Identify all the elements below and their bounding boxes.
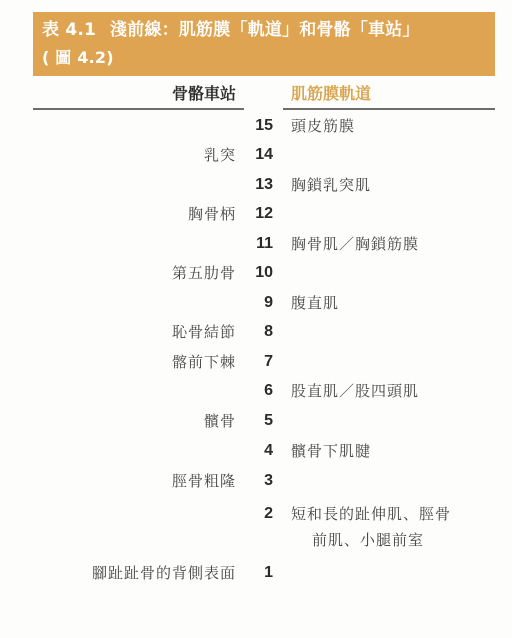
row-number: 7 [264, 350, 273, 374]
header-divider-left [33, 108, 244, 110]
table-row: 胸骨柄 12 [0, 202, 512, 226]
header-divider-right [283, 108, 495, 110]
column-header-myofascial-tracks: 肌筋膜軌道 [291, 84, 371, 104]
table-row: 6 股直肌／股四頭肌 [0, 379, 512, 403]
table-row: 髕骨 5 [0, 409, 512, 433]
table-row: 15 頭皮筋膜 [0, 114, 512, 138]
row-number: 5 [264, 409, 273, 433]
myofascial-track: 短和長的趾伸肌、脛骨 前肌、小腿前室 [291, 502, 451, 554]
row-number: 10 [255, 261, 273, 285]
row-number: 1 [264, 561, 273, 585]
table-title-band: 表 4.1淺前線：肌筋膜「軌道」和骨骼「車站」 ( 圖 4.2) [33, 12, 495, 76]
table-row: 腳趾趾骨的背側表面 1 [0, 561, 512, 585]
bone-station: 髕骨 [204, 409, 236, 433]
table-row: 乳突 14 [0, 143, 512, 167]
row-number: 8 [264, 320, 273, 344]
myofascial-track: 腹直肌 [291, 291, 339, 315]
table-row: 9 腹直肌 [0, 291, 512, 315]
row-number: 6 [264, 379, 273, 403]
myofascial-track: 胸鎖乳突肌 [291, 173, 371, 197]
table-title: 表 4.1淺前線：肌筋膜「軌道」和骨骼「車站」 [42, 17, 489, 44]
column-header-bone-stations: 骨骼車站 [172, 84, 236, 104]
row-number: 15 [255, 114, 273, 138]
myofascial-track-line-1: 短和長的趾伸肌、脛骨 [291, 505, 451, 523]
bone-station: 第五肋骨 [172, 261, 236, 285]
myofascial-track: 髕骨下肌腱 [291, 439, 371, 463]
table-row: 4 髕骨下肌腱 [0, 439, 512, 463]
table-title-text: 淺前線：肌筋膜「軌道」和骨骼「車站」 [110, 20, 420, 40]
table-row: 11 胸骨肌／胸鎖筋膜 [0, 232, 512, 256]
bone-station: 髂前下棘 [172, 350, 236, 374]
table-row: 第五肋骨 10 [0, 261, 512, 285]
bone-station: 脛骨粗隆 [172, 469, 236, 493]
row-number: 11 [256, 232, 273, 256]
bone-station: 恥骨結節 [172, 320, 236, 344]
row-number: 14 [255, 143, 273, 167]
table-row: 髂前下棘 7 [0, 350, 512, 374]
table-row: 恥骨結節 8 [0, 320, 512, 344]
row-number: 9 [264, 291, 273, 315]
row-number: 4 [264, 439, 273, 463]
myofascial-track: 胸骨肌／胸鎖筋膜 [291, 232, 419, 256]
myofascial-track: 頭皮筋膜 [291, 114, 355, 138]
bone-station: 乳突 [204, 143, 236, 167]
table-row: 2 短和長的趾伸肌、脛骨 前肌、小腿前室 [0, 502, 512, 526]
row-number: 3 [264, 469, 273, 493]
myofascial-track: 股直肌／股四頭肌 [291, 379, 419, 403]
table-row: 13 胸鎖乳突肌 [0, 173, 512, 197]
table-number: 表 4.1 [42, 20, 96, 40]
table-row: 脛骨粗隆 3 [0, 469, 512, 493]
bone-station: 腳趾趾骨的背側表面 [92, 561, 236, 585]
row-number: 13 [255, 173, 273, 197]
myofascial-track-line-2: 前肌、小腿前室 [291, 526, 451, 554]
row-number: 12 [255, 202, 273, 226]
bone-station: 胸骨柄 [188, 202, 236, 226]
figure-reference: ( 圖 4.2) [42, 44, 489, 71]
row-number: 2 [264, 502, 273, 526]
